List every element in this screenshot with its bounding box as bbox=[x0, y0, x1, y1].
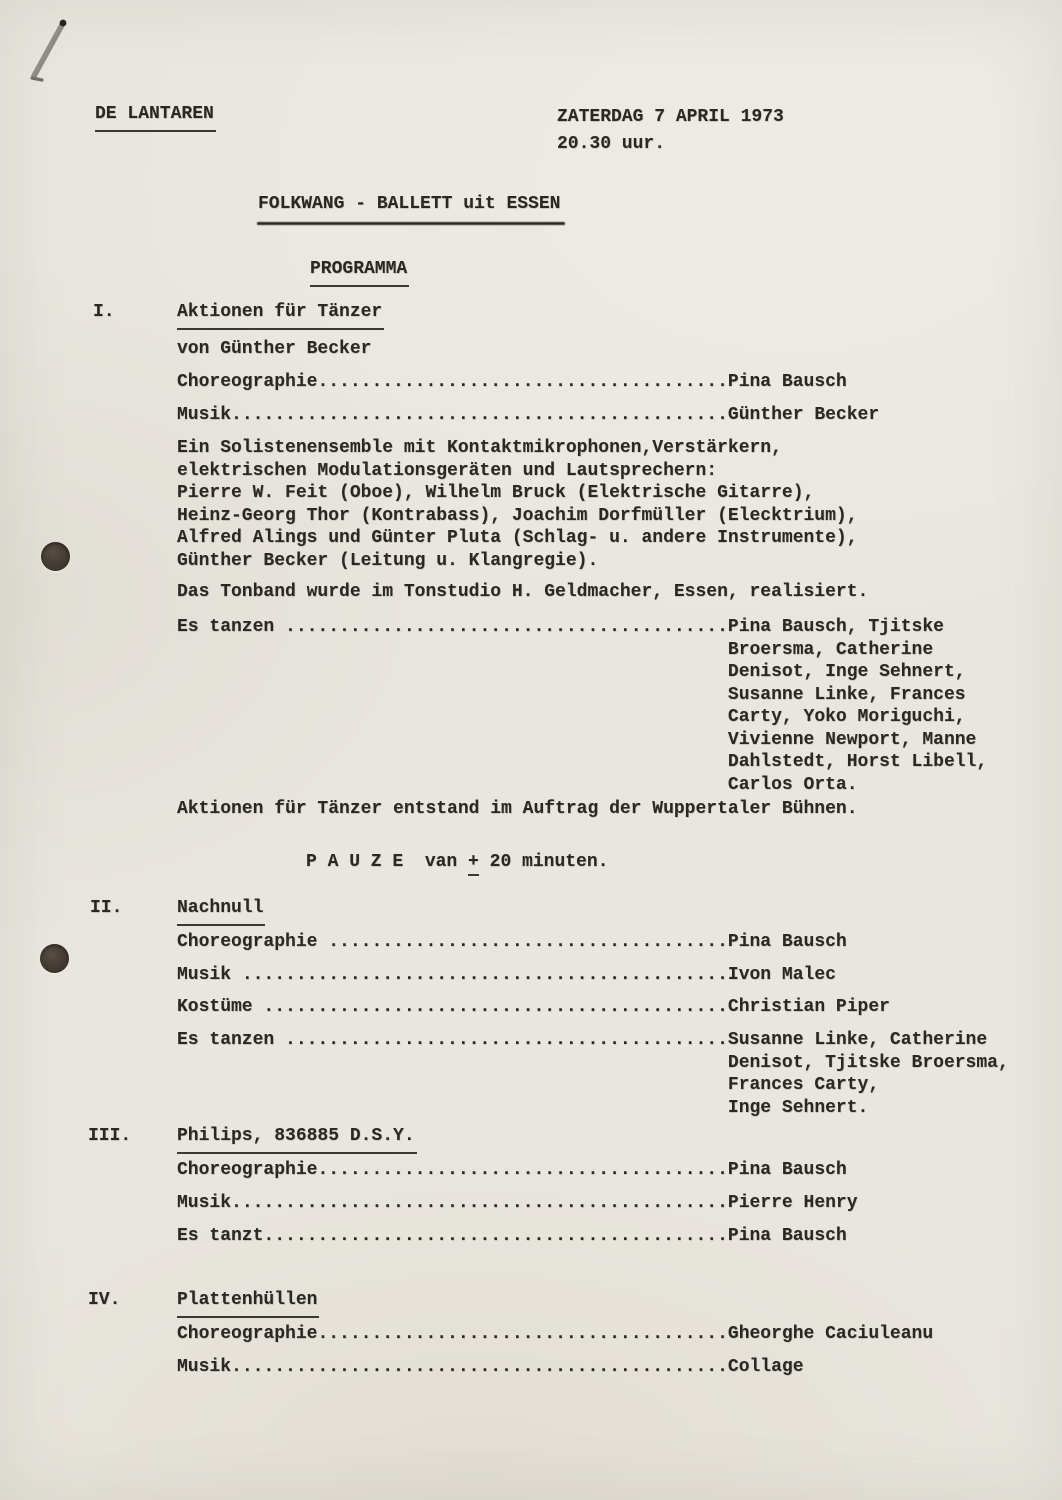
company-title-underline bbox=[257, 222, 565, 225]
credit-value: Pina Bausch bbox=[728, 1159, 847, 1182]
section-4-numeral: IV. bbox=[88, 1289, 120, 1312]
venue-title: DE LANTAREN bbox=[95, 103, 214, 132]
credit-value: Gheorghe Caciuleanu bbox=[728, 1323, 933, 1346]
punch-hole-icon-top bbox=[41, 542, 70, 571]
credit-label: Musik bbox=[177, 1356, 231, 1379]
section-3-title: Philips, 836885 D.S.Y. bbox=[177, 1125, 415, 1154]
intermission-post: 20 minuten. bbox=[479, 851, 609, 874]
credit-value: Ivon Malec bbox=[728, 964, 836, 987]
cast-label: Es tanzen bbox=[177, 616, 285, 639]
ensemble-note: Ein Solistenensemble mit Kontaktmikropho… bbox=[177, 437, 858, 572]
program-heading: PROGRAMMA bbox=[310, 258, 407, 287]
credit-row: Choreographie...........................… bbox=[177, 1159, 847, 1182]
credit-row: Choreographie ..........................… bbox=[177, 931, 847, 954]
dot-leader: ...................................... bbox=[317, 1159, 727, 1182]
credit-label: Kostüme bbox=[177, 996, 263, 1019]
section-3-numeral: III. bbox=[88, 1125, 131, 1148]
program-heading-text: PROGRAMMA bbox=[310, 258, 409, 287]
dot-leader: ..................................... bbox=[328, 931, 728, 954]
dot-leader: ........................................… bbox=[285, 616, 728, 639]
credit-row: Musik ..................................… bbox=[177, 964, 836, 987]
section-2-numeral: II. bbox=[90, 897, 122, 920]
credit-label: Choreographie bbox=[177, 371, 317, 394]
cast-row: Es tanzen ..............................… bbox=[177, 1029, 1009, 1119]
credit-row: Es tanzt................................… bbox=[177, 1225, 847, 1248]
credit-row: Choreographie...........................… bbox=[177, 1323, 933, 1346]
credit-label: Musik bbox=[177, 404, 231, 427]
cast-row: Es tanzen ..............................… bbox=[177, 616, 987, 796]
cast-value: Susanne Linke, Catherine Denisot, Tjitsk… bbox=[728, 1029, 1009, 1119]
section-4-title-text: Plattenhüllen bbox=[177, 1289, 319, 1318]
credit-row: Kostüme ................................… bbox=[177, 996, 890, 1019]
punch-hole-icon-bottom bbox=[40, 944, 69, 973]
credit-label: Choreographie bbox=[177, 1159, 317, 1182]
performance-time: 20.30 uur. bbox=[557, 133, 665, 156]
credit-value: Christian Piper bbox=[728, 996, 890, 1019]
cast-label: Es tanzen bbox=[177, 1029, 285, 1052]
company-title: FOLKWANG - BALLETT uit ESSEN bbox=[258, 193, 560, 216]
section-1-byline: von Günther Becker bbox=[177, 338, 371, 361]
cast-value: Pina Bausch, Tjitske Broersma, Catherine… bbox=[728, 616, 987, 796]
credit-label: Es tanzt bbox=[177, 1225, 263, 1248]
section-2-title: Nachnull bbox=[177, 897, 263, 926]
credit-row: Musik...................................… bbox=[177, 1356, 804, 1379]
section-1-title: Aktionen für Tänzer bbox=[177, 301, 382, 330]
plus-minus-sign: + bbox=[468, 851, 479, 876]
credit-row: Musik...................................… bbox=[177, 1192, 858, 1215]
dot-leader: ........................................… bbox=[231, 1356, 728, 1379]
section-2-title-text: Nachnull bbox=[177, 897, 265, 926]
staple-icon bbox=[24, 16, 76, 90]
credit-value: Collage bbox=[728, 1356, 804, 1379]
credit-value: Pina Bausch bbox=[728, 1225, 847, 1248]
dot-leader: ...................................... bbox=[317, 1323, 727, 1346]
dot-leader: ........................................… bbox=[231, 404, 728, 427]
document-page: DE LANTAREN ZATERDAG 7 APRIL 1973 20.30 … bbox=[0, 0, 1062, 1500]
performance-date: ZATERDAG 7 APRIL 1973 bbox=[557, 106, 784, 129]
credit-label: Musik bbox=[177, 964, 242, 987]
section-4-title: Plattenhüllen bbox=[177, 1289, 317, 1318]
intermission-pre: P A U Z E van bbox=[306, 851, 468, 874]
dot-leader: ........................................… bbox=[263, 1225, 727, 1248]
credit-row: Choreographie...........................… bbox=[177, 371, 847, 394]
credit-value: Pina Bausch bbox=[728, 931, 847, 954]
credit-value: Günther Becker bbox=[728, 404, 879, 427]
credit-value: Pierre Henry bbox=[728, 1192, 858, 1215]
dot-leader: ...................................... bbox=[317, 371, 727, 394]
venue-title-text: DE LANTAREN bbox=[95, 103, 216, 132]
dot-leader: ........................................… bbox=[242, 964, 728, 987]
dot-leader: ........................................… bbox=[263, 996, 727, 1019]
credit-label: Musik bbox=[177, 1192, 231, 1215]
credit-label: Choreographie bbox=[177, 931, 328, 954]
section-3-title-text: Philips, 836885 D.S.Y. bbox=[177, 1125, 417, 1154]
dot-leader: ........................................… bbox=[285, 1029, 728, 1052]
credit-value: Pina Bausch bbox=[728, 371, 847, 394]
section-1-title-text: Aktionen für Tänzer bbox=[177, 301, 384, 330]
intermission-line: P A U Z E van + 20 minuten. bbox=[306, 851, 608, 876]
dot-leader: ........................................… bbox=[231, 1192, 728, 1215]
credit-row: Musik...................................… bbox=[177, 404, 879, 427]
credit-label: Choreographie bbox=[177, 1323, 317, 1346]
tape-note: Das Tonband wurde im Tonstudio H. Geldma… bbox=[177, 581, 868, 604]
section-1-numeral: I. bbox=[93, 301, 115, 324]
commission-note: Aktionen für Tänzer entstand im Auftrag … bbox=[177, 798, 858, 821]
